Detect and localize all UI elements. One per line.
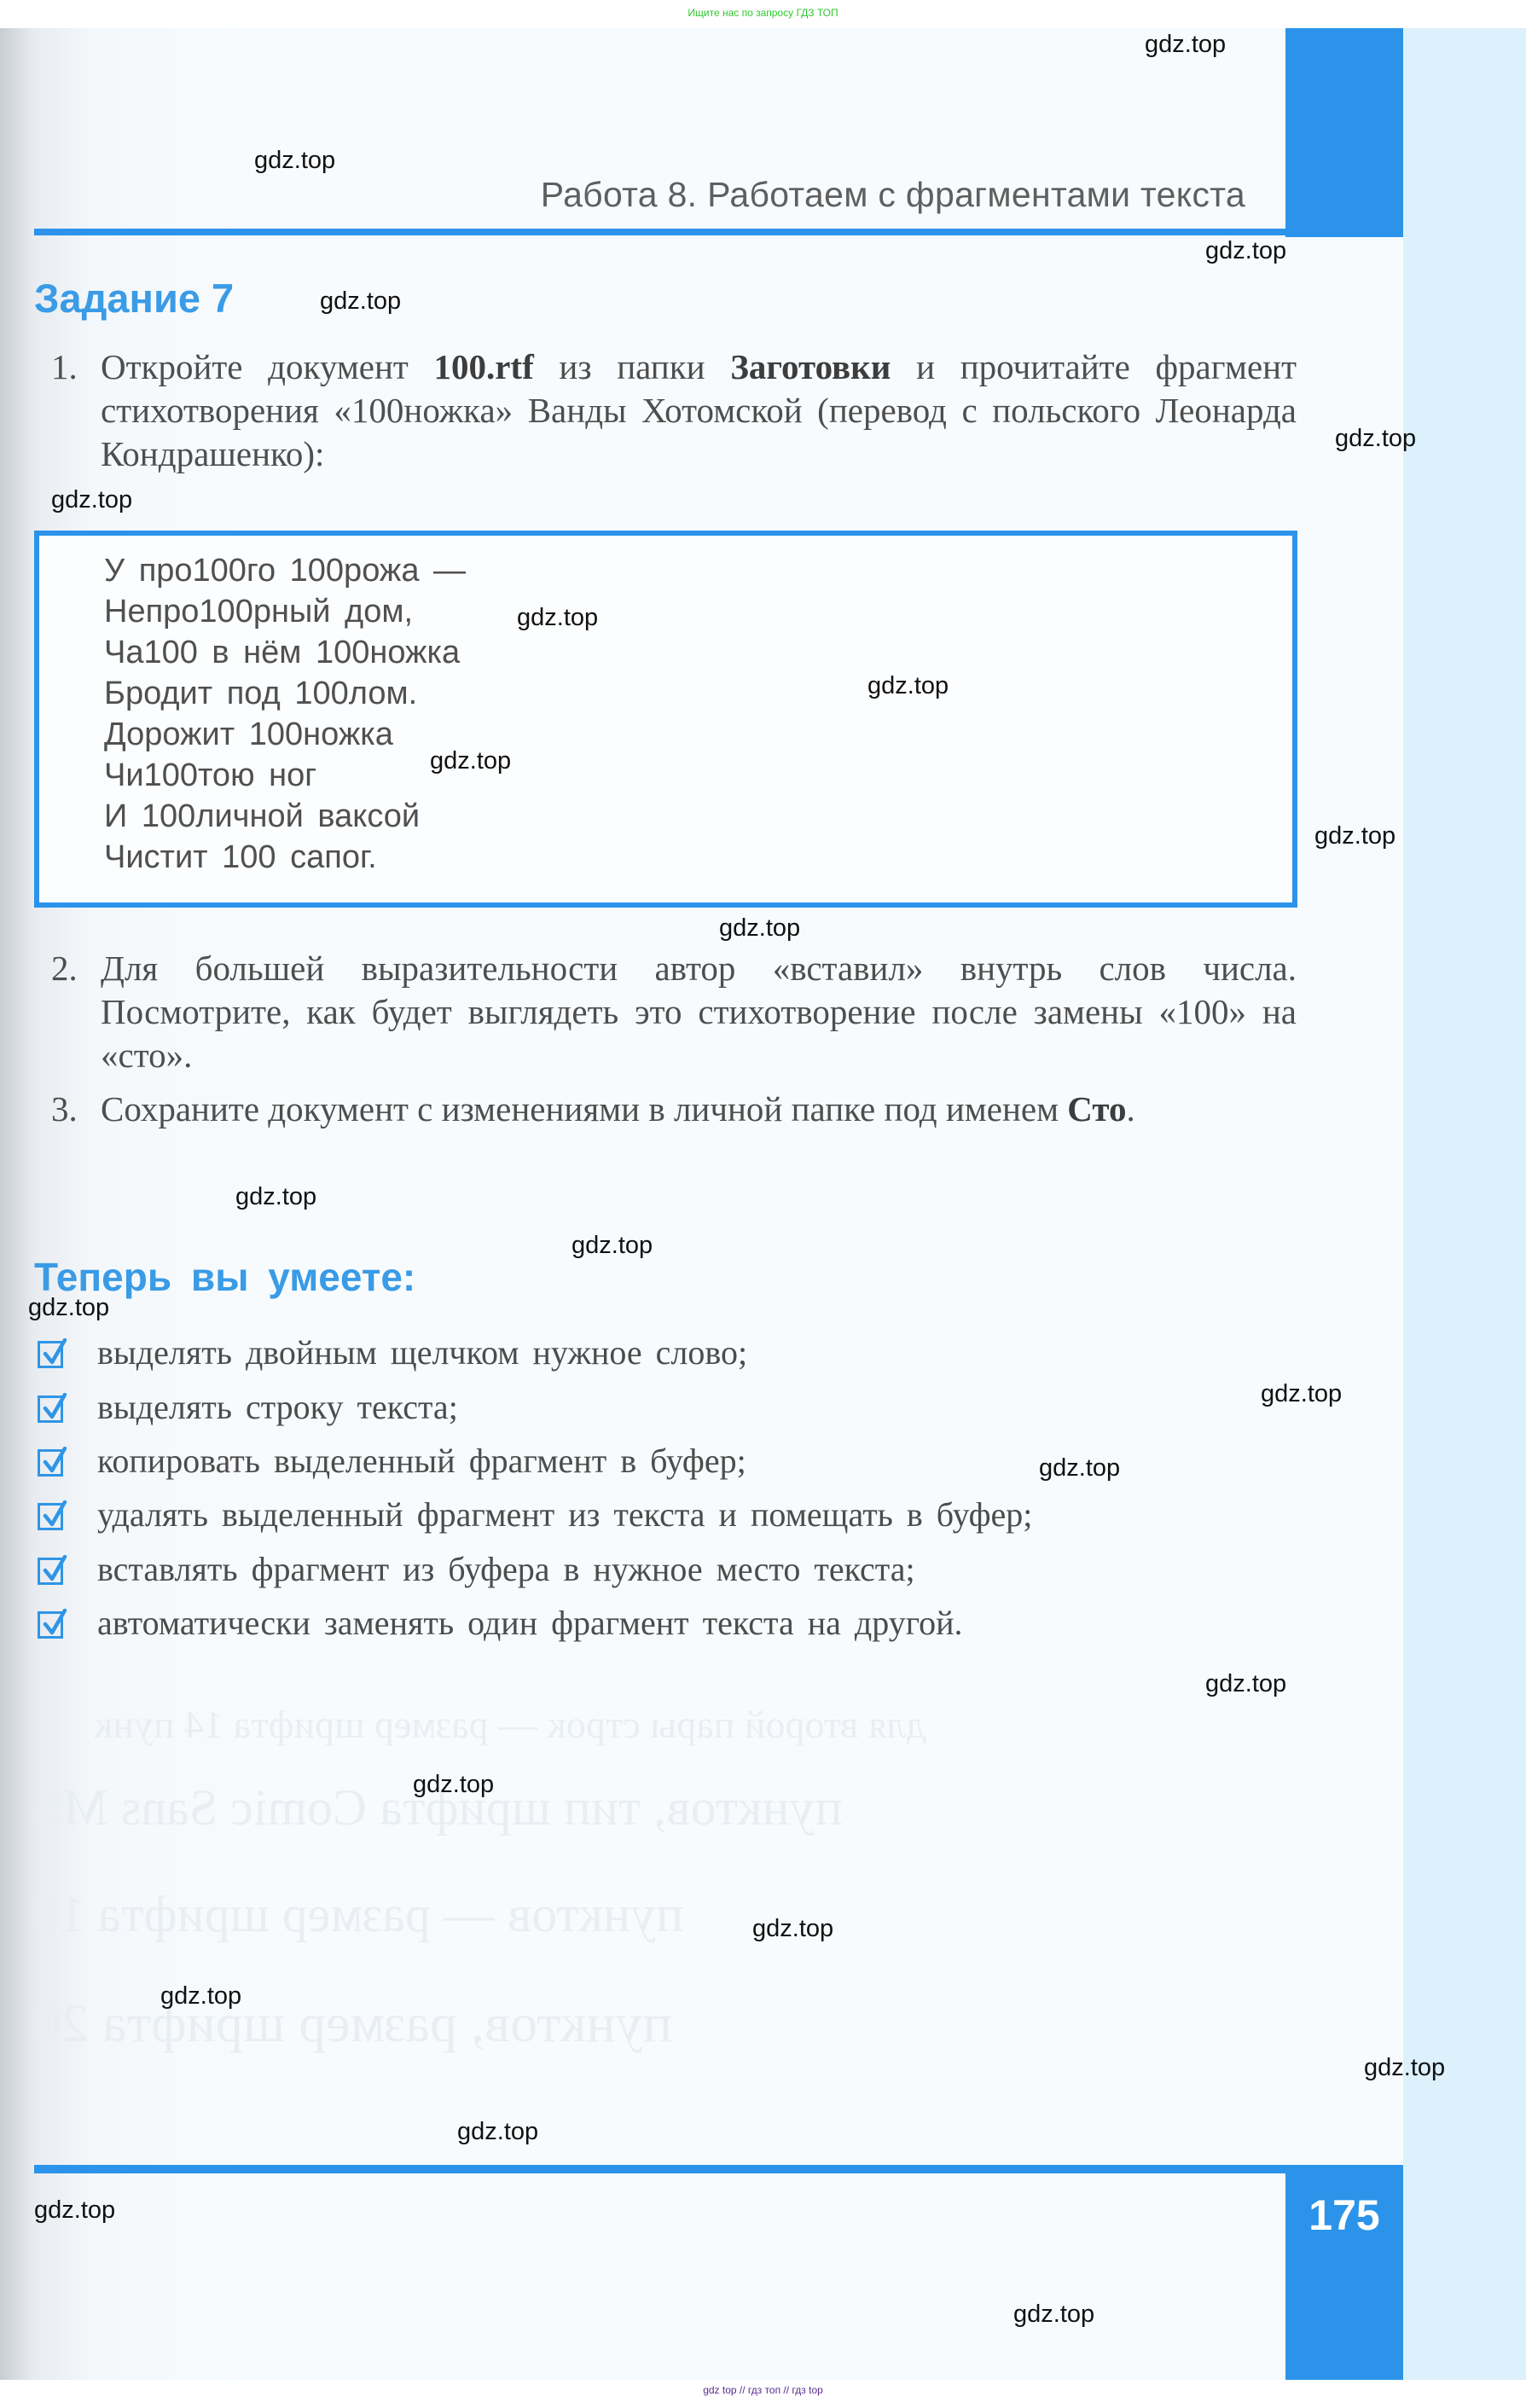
- watermark: gdz.top: [235, 1183, 316, 1211]
- step-text: 3. Сохраните документ с изменениями в ли…: [51, 1088, 1297, 1131]
- step-text: 2. Для большей выразительности автор «вс…: [51, 947, 1297, 1077]
- bleed-through-text: пунктов, размер шрифта 20: [34, 1992, 672, 2055]
- watermark: gdz.top: [34, 2196, 115, 2225]
- checked-box-icon: [38, 1611, 63, 1639]
- watermark: gdz.top: [1145, 31, 1226, 59]
- bottom-note: gdz top // гдз топ // гдз top: [0, 2384, 1526, 2396]
- skill-text: удалять выделенный фрагмент из текста и …: [97, 1494, 1032, 1535]
- step-emphasis: 100.rtf: [433, 347, 533, 386]
- step-number: 1.: [51, 345, 78, 389]
- page-number: 175: [1285, 2190, 1403, 2240]
- bleed-through-text: для второй пары строк — размер шрифта 14…: [94, 1702, 926, 1747]
- skill-text: автоматически заменять один фрагмент тек…: [97, 1603, 963, 1643]
- poem-line: Чистит 100 сапог.: [104, 839, 377, 876]
- skill-text: выделять двойным щелчком нужное слово;: [97, 1332, 747, 1372]
- watermark: gdz.top: [1261, 1380, 1342, 1408]
- poem-line: У про100го 100рожа —: [104, 553, 466, 589]
- step-number: 3.: [51, 1088, 78, 1131]
- watermark: gdz.top: [413, 1771, 494, 1799]
- watermark: gdz.top: [572, 1232, 653, 1260]
- skill-text: вставлять фрагмент из буфера в нужное ме…: [97, 1549, 915, 1589]
- watermark: gdz.top: [867, 672, 949, 700]
- header-rule: [34, 229, 1403, 235]
- step-emphasis: Сто: [1067, 1089, 1126, 1129]
- poem-line: Чи100тою ног: [104, 757, 316, 794]
- side-column: [1403, 28, 1526, 2380]
- skills-heading: Теперь вы умеете:: [34, 1254, 415, 1300]
- step-fragment: .: [1126, 1089, 1134, 1129]
- watermark: gdz.top: [160, 1982, 241, 2011]
- checked-box-icon: [38, 1449, 63, 1477]
- top-strip: Ищите нас по запросу ГДЗ ТОП: [0, 0, 1526, 28]
- checked-box-icon: [38, 1558, 63, 1585]
- watermark: gdz.top: [254, 147, 335, 175]
- footer-rule: [34, 2165, 1403, 2173]
- watermark: gdz.top: [1364, 2054, 1445, 2082]
- watermark: gdz.top: [1335, 425, 1416, 453]
- poem-line: Ча100 в нём 100ножка: [104, 635, 460, 671]
- step-3: 3. Сохраните документ с изменениями в ли…: [51, 1088, 1297, 1131]
- step-fragment: Сохраните документ с изменениями в лично…: [101, 1089, 1067, 1129]
- checked-box-icon: [38, 1503, 63, 1530]
- watermark: gdz.top: [752, 1915, 833, 1943]
- checked-box-icon: [38, 1341, 63, 1368]
- poem-box: У про100го 100рожа —Непро100рный дом,Ча1…: [34, 531, 1297, 908]
- poem-line: Непро100рный дом,: [104, 594, 413, 630]
- watermark: gdz.top: [1013, 2301, 1094, 2329]
- top-note: Ищите нас по запросу ГДЗ ТОП: [0, 7, 1526, 19]
- watermark: gdz.top: [1039, 1454, 1120, 1483]
- step-1: 1. Откройте документ 100.rtf из папки За…: [51, 345, 1297, 476]
- step-number: 2.: [51, 947, 78, 990]
- watermark: gdz.top: [51, 486, 132, 514]
- watermark: gdz.top: [1205, 1670, 1286, 1698]
- task-heading: Задание 7: [34, 275, 234, 322]
- watermark: gdz.top: [457, 2118, 538, 2146]
- step-text: 1. Откройте документ 100.rtf из папки За…: [51, 345, 1297, 476]
- skill-text: выделять строку текста;: [97, 1387, 458, 1427]
- poem-line: Бродит под 100лом.: [104, 676, 417, 712]
- step-2: 2. Для большей выразительности автор «вс…: [51, 947, 1297, 1077]
- checked-box-icon: [38, 1395, 63, 1423]
- header-tab: [1285, 28, 1403, 237]
- step-fragment: Откройте документ: [101, 347, 433, 386]
- page-header-title: Работа 8. Работаем с фрагментами текста: [541, 175, 1245, 215]
- poem-line: Дорожит 100ножка: [104, 717, 393, 753]
- step-fragment: из папки: [534, 347, 731, 386]
- watermark: gdz.top: [517, 604, 598, 632]
- watermark: gdz.top: [28, 1294, 109, 1322]
- bleed-through-text: пунктов — размер шрифта 18: [34, 1885, 683, 1944]
- watermark: gdz.top: [320, 287, 401, 316]
- skill-text: копировать выделенный фрагмент в буфер;: [97, 1441, 746, 1481]
- watermark: gdz.top: [1314, 822, 1395, 850]
- step-emphasis: Заготовки: [730, 347, 891, 386]
- watermark: gdz.top: [1205, 237, 1286, 265]
- watermark: gdz.top: [430, 747, 511, 775]
- watermark: gdz.top: [719, 914, 800, 943]
- poem-line: И 100личной ваксой: [104, 798, 420, 835]
- step-fragment: Для большей выразительности автор «встав…: [101, 949, 1297, 1075]
